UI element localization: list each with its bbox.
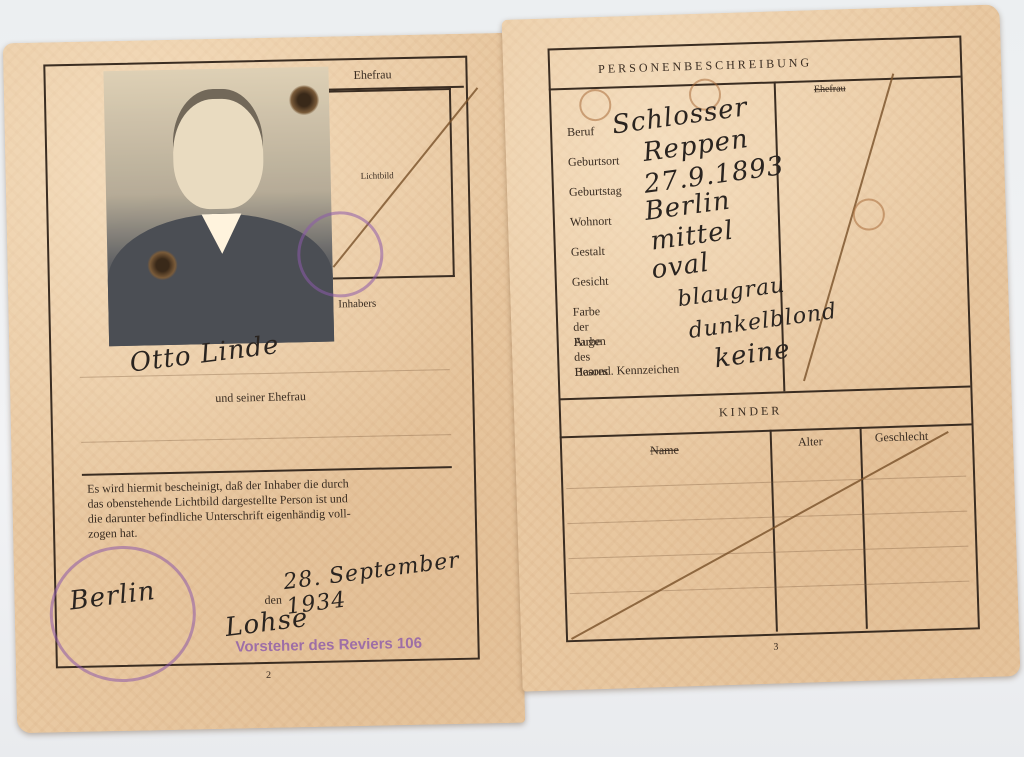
kinder-column-name: Name	[650, 443, 679, 459]
page-number: 2	[266, 670, 271, 681]
kinder-title: KINDER	[719, 403, 783, 420]
kinder-column-geschlecht: Geschlecht	[875, 429, 929, 446]
und-seiner-ehefrau: und seiner Ehefrau	[215, 389, 306, 406]
lichtbild-label: Lichtbild	[361, 170, 394, 181]
certification-text: Es wird hiermit bescheinigt, daß der Inh…	[87, 474, 468, 542]
inhabers-label: Inhabers	[338, 298, 376, 311]
ehefrau-label: Ehefrau	[353, 67, 391, 83]
passport-right-page: PERSONENBESCHREIBUNG Ehefrau Beruf Schlo…	[502, 4, 1021, 691]
punch-hole-icon	[289, 85, 320, 116]
ehefrau-photo-box	[328, 56, 464, 91]
passport-left-page: Ehefrau Lichtbild Inhabers Otto Linde un…	[3, 33, 525, 733]
kinder-column-alter: Alter	[798, 434, 823, 450]
page-number: 3	[773, 642, 778, 653]
ehefrau-column-label: Ehefrau	[814, 83, 846, 95]
holder-photo	[103, 67, 334, 347]
